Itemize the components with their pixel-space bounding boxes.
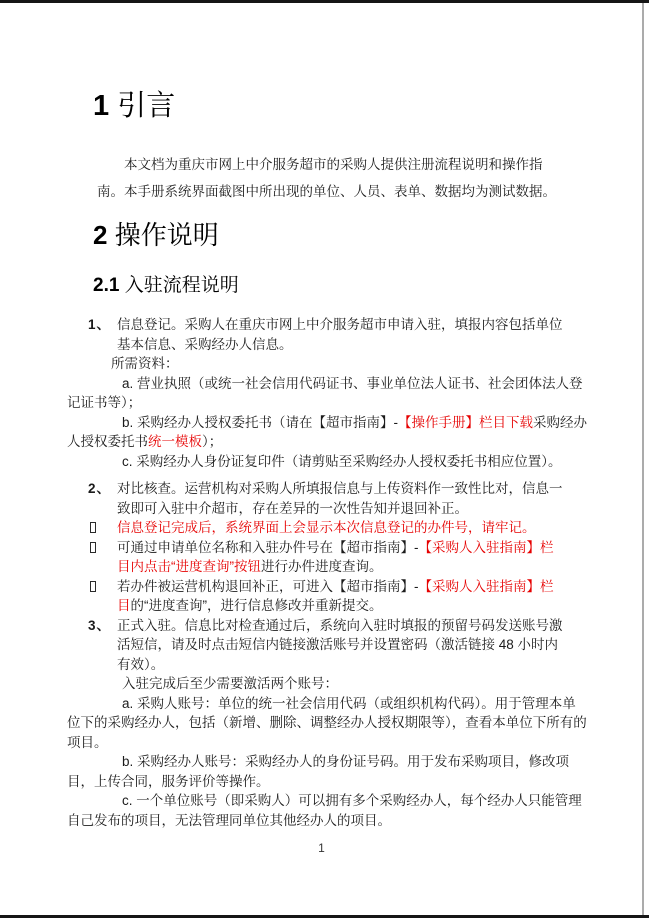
list-number-marker: 1、 (88, 315, 111, 335)
list-number-marker: 2、 (88, 479, 111, 499)
paragraph: c. 采购经办人身份证复印件（请剪贴至采购经办人授权委托书相应位置）。 (67, 452, 589, 472)
text-run: c. 一个单位账号（即采购人）可以拥有多个采购经办人，每个经办人只能管理自己发布… (67, 793, 582, 828)
text-run: ）； (202, 434, 222, 449)
red-emphasis-text: 信息登记完成后，系统界面上会显示本次信息登记的办件号，请牢记。 (117, 520, 536, 535)
bullet-box-icon (90, 522, 96, 533)
section-heading: 2 操作说明 (93, 220, 649, 250)
text-run: 2.1 (93, 275, 125, 296)
text-run: 入驻流程说明 (125, 275, 239, 296)
paragraph: b. 采购经办人账号：采购经办人的身份证号码。用于发布采购项目，修改项目，上传合… (67, 752, 589, 791)
numbered-list-item: 1、信息登记。采购人在重庆市网上中介服务超市申请入驻，填报内容包括单位基本信息、… (67, 315, 565, 354)
page-right-edge (642, 3, 644, 915)
paragraph: 入驻完成后至少需要激活两个账号： (67, 674, 589, 694)
text-run: 所需资料： (111, 356, 179, 371)
text-run: b. 采购经办人账号：采购经办人的身份证号码。用于发布采购项目，修改项目，上传合… (67, 754, 569, 789)
text-run: b. 采购经办人授权委托书（请在【超市指南】- (122, 415, 398, 430)
text-run: 引言 (117, 90, 175, 122)
text-run: 对比核查。运营机构对采购人所填报信息与上传资料作一致性比对，信息一致即可入驻中介… (117, 481, 563, 516)
section-heading: 2.1 入驻流程说明 (93, 274, 649, 297)
list-number-marker: 3、 (88, 616, 111, 636)
page-number: 1 (0, 841, 643, 855)
paragraph: c. 一个单位账号（即采购人）可以拥有多个采购经办人，每个经办人只能管理自己发布… (67, 791, 589, 830)
bullet-list-item: 信息登记完成后，系统界面上会显示本次信息登记的办件号，请牢记。 (67, 518, 565, 538)
section-heading: 1 引言 (93, 89, 649, 123)
manual-page: 1 引言本文档为重庆市网上中介服务超市的采购人提供注册流程说明和操作指南。本手册… (0, 0, 649, 918)
text-run: 正式入驻。信息比对检查通过后，系统向入驻时填报的预留号码发送账号激活短信，请及时… (117, 618, 563, 672)
bullet-list-item: 若办件被运营机构退回补正，可进入【超市指南】-【采购人入驻指南】栏目的“进度查询… (67, 577, 565, 616)
paragraph: a. 采购人账号：单位的统一社会信用代码（或组织机构代码）。用于管理本单位下的采… (67, 694, 589, 753)
text-run: 若办件被运营机构退回补正，可进入【超市指南】- (117, 579, 419, 594)
bullet-box-icon (90, 542, 96, 553)
paragraph: b. 采购经办人授权委托书（请在【超市指南】-【操作手册】栏目下载采购经办人授权… (67, 413, 589, 452)
paragraph: 本文档为重庆市网上中介服务超市的采购人提供注册流程说明和操作指南。本手册系统界面… (97, 151, 559, 205)
text-run: 2 (93, 220, 115, 250)
red-emphasis-text: 【操作手册】栏目下载 (398, 415, 533, 430)
document-body: 1 引言本文档为重庆市网上中介服务超市的采购人提供注册流程说明和操作指南。本手册… (0, 89, 649, 830)
text-run: c. 采购经办人身份证复印件（请剪贴至采购经办人授权委托书相应位置）。 (122, 454, 562, 469)
text-run: 的“进度查询”，进行信息修改并重新提交。 (131, 598, 383, 613)
bullet-box-icon (90, 581, 96, 592)
text-run: 入驻完成后至少需要激活两个账号： (122, 676, 338, 691)
text-run: 1 (93, 90, 117, 122)
red-emphasis-text: 统一模板 (148, 434, 202, 449)
text-run: 可通过申请单位名称和入驻办件号在【超市指南】- (117, 540, 419, 555)
numbered-list-item: 2、对比核查。运营机构对采购人所填报信息与上传资料作一致性比对，信息一致即可入驻… (67, 479, 565, 518)
text-run: 操作说明 (115, 220, 219, 250)
text-run: 信息登记。采购人在重庆市网上中介服务超市申请入驻，填报内容包括单位基本信息、采购… (117, 317, 563, 352)
bullet-list-item: 可通过申请单位名称和入驻办件号在【超市指南】-【采购人入驻指南】栏目内点击“进度… (67, 538, 565, 577)
paragraph: 所需资料： (67, 354, 589, 374)
text-run: 本文档为重庆市网上中介服务超市的采购人提供注册流程说明和操作指南。本手册系统界面… (97, 157, 556, 199)
text-run: a. 营业执照（或统一社会信用代码证书、事业单位法人证书、社会团体法人登记证书等… (67, 376, 583, 411)
paragraph: a. 营业执照（或统一社会信用代码证书、事业单位法人证书、社会团体法人登记证书等… (67, 374, 589, 413)
text-run: 进行办件进度查询。 (261, 559, 383, 574)
text-run: a. 采购人账号：单位的统一社会信用代码（或组织机构代码）。用于管理本单位下的采… (67, 696, 587, 750)
numbered-list-item: 3、正式入驻。信息比对检查通过后，系统向入驻时填报的预留号码发送账号激活短信，请… (67, 616, 565, 675)
